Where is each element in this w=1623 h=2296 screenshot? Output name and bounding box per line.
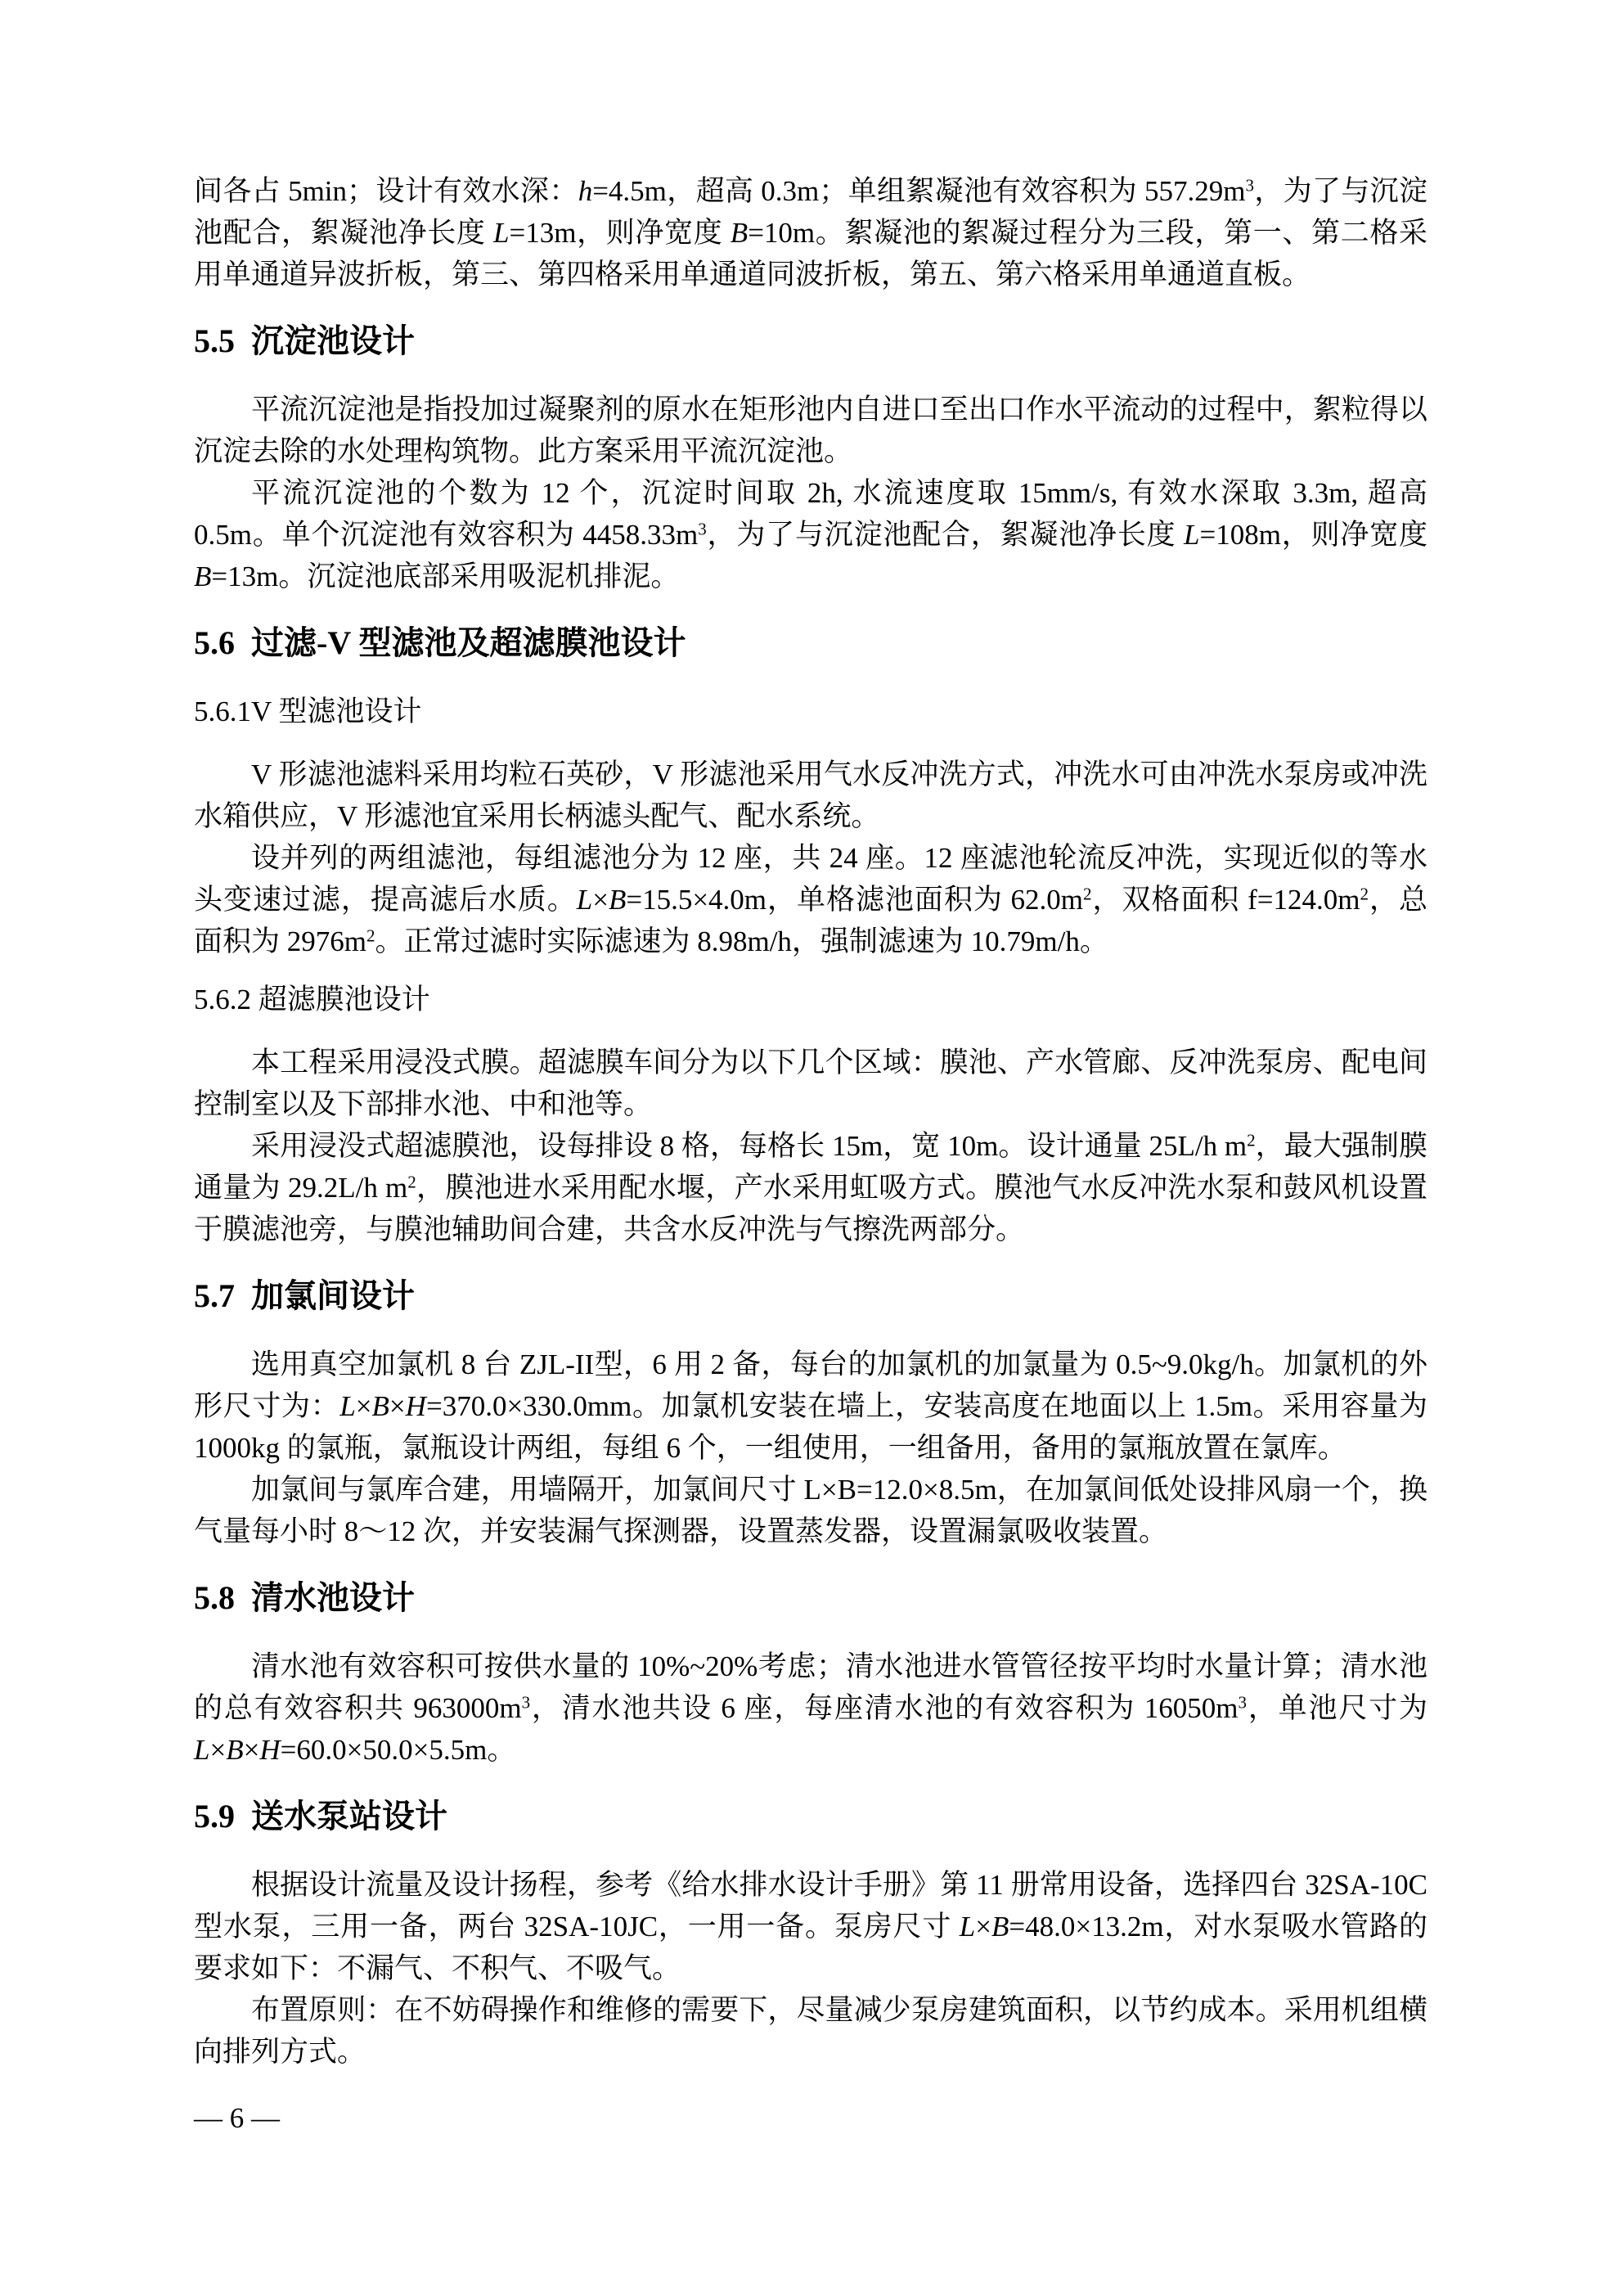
text-run: =108m，则净宽度 xyxy=(1200,519,1428,551)
text-run: × xyxy=(356,1390,372,1422)
variable: B xyxy=(226,1734,243,1766)
text-run: =15.5×4.0m，单格滤池面积为 62.0m xyxy=(626,884,1083,916)
variable: L xyxy=(1184,519,1199,551)
paragraph: 本工程采用浸没式膜。超滤膜车间分为以下几个区域：膜池、产水管廊、反冲洗泵房、配电… xyxy=(194,1042,1427,1125)
subsection-heading-5-6-1: 5.6.1V 型滤池设计 xyxy=(194,691,1427,732)
text-run: × xyxy=(244,1734,260,1766)
section-heading-5-7: 5.7 加氯间设计 xyxy=(194,1273,1427,1319)
superscript: 2 xyxy=(1083,884,1092,903)
superscript: 2 xyxy=(1247,1130,1256,1150)
text-run: 本工程采用浸没式膜。超滤膜车间分为以下几个区域：膜池、产水管廊、反冲洗泵房、配电… xyxy=(194,1047,1427,1120)
section-heading-5-9: 5.9 送水泵站设计 xyxy=(194,1794,1427,1839)
paragraph: 选用真空加氯机 8 台 ZJL-II型，6 用 2 备，每台的加氯机的加氯量为 … xyxy=(194,1344,1427,1469)
paragraph-continued: 间各占 5min；设计有效水深：h=4.5m，超高 0.3m；单组絮凝池有效容积… xyxy=(194,170,1427,295)
superscript: 3 xyxy=(698,519,707,538)
paragraph: 平流沉淀池的个数为 12 个，沉淀时间取 2h, 水流速度取 15mm/s, 有… xyxy=(194,472,1427,597)
variable: B xyxy=(609,884,626,916)
superscript: 3 xyxy=(1246,175,1255,195)
document-page: 间各占 5min；设计有效水深：h=4.5m，超高 0.3m；单组絮凝池有效容积… xyxy=(0,0,1623,2296)
text-run: 间各占 5min；设计有效水深： xyxy=(194,175,578,207)
paragraph: 加氯间与氯库合建，用墙隔开，加氯间尺寸 L×B=12.0×8.5m，在加氯间低处… xyxy=(194,1469,1427,1552)
superscript: 2 xyxy=(407,1172,416,1191)
page-content: 间各占 5min；设计有效水深：h=4.5m，超高 0.3m；单组絮凝池有效容积… xyxy=(194,170,1427,2139)
section-heading-5-6: 5.6 过滤-V 型滤池及超滤膜池设计 xyxy=(194,620,1427,666)
text-run: ，为了与沉淀池配合，絮凝池净长度 xyxy=(707,519,1184,551)
paragraph: 设并列的两组滤池，每组滤池分为 12 座，共 24 座。12 座滤池轮流反冲洗，… xyxy=(194,837,1427,962)
text-run: =13m。沉淀池底部采用吸泥机排泥。 xyxy=(211,560,679,592)
text-run: 平流沉淀池是指投加过凝聚剂的原水在矩形池内自进口至出口作水平流动的过程中，絮粒得… xyxy=(194,394,1427,467)
paragraph: 布置原则：在不妨碍操作和维修的需要下，尽量减少泵房建筑面积，以节约成本。采用机组… xyxy=(194,1989,1427,2073)
subsection-heading-5-6-2: 5.6.2 超滤膜池设计 xyxy=(194,979,1427,1020)
text-run: ，单池尺寸为 xyxy=(1247,1692,1427,1724)
text-run: 。正常过滤时实际滤速为 8.98m/h，强制滤速为 10.79m/h。 xyxy=(375,925,1108,957)
superscript: 2 xyxy=(366,925,375,945)
text-run: 加氯间与氯库合建，用墙隔开，加氯间尺寸 L×B=12.0×8.5m，在加氯间低处… xyxy=(194,1474,1427,1547)
paragraph: V 形滤池滤料采用均粒石英砂，V 形滤池采用气水反冲洗方式，冲洗水可由冲洗水泵房… xyxy=(194,754,1427,837)
text-run: × xyxy=(592,884,609,916)
variable: h xyxy=(578,175,593,207)
superscript: 3 xyxy=(522,1692,531,1712)
text-run: ，清水池共设 6 座，每座清水池的有效容积为 16050m xyxy=(530,1692,1238,1724)
variable: B xyxy=(991,1911,1009,1943)
text-run: V 形滤池滤料采用均粒石英砂，V 形滤池采用气水反冲洗方式，冲洗水可由冲洗水泵房… xyxy=(194,759,1427,832)
page-number: — 6 — xyxy=(194,2102,280,2134)
text-run: × xyxy=(389,1390,406,1422)
variable: B xyxy=(731,217,748,249)
variable: L xyxy=(577,884,592,916)
superscript: 3 xyxy=(1239,1692,1248,1712)
text-run: × xyxy=(975,1911,991,1943)
text-run: =13m，则净宽度 xyxy=(509,217,730,249)
section-heading-5-8: 5.8 清水池设计 xyxy=(194,1575,1427,1621)
text-run: × xyxy=(209,1734,226,1766)
paragraph: 采用浸没式超滤膜池，设每排设 8 格，每格长 15m，宽 10m。设计通量 25… xyxy=(194,1125,1427,1250)
variable: H xyxy=(259,1734,280,1766)
variable: L xyxy=(194,1734,209,1766)
text-run: =60.0×50.0×5.5m。 xyxy=(281,1734,516,1766)
variable: L xyxy=(960,1911,975,1943)
section-heading-5-5: 5.5 沉淀池设计 xyxy=(194,318,1427,364)
variable: H xyxy=(406,1390,426,1422)
text-run: 采用浸没式超滤膜池，设每排设 8 格，每格长 15m，宽 10m。设计通量 25… xyxy=(251,1130,1247,1162)
text-run: 布置原则：在不妨碍操作和维修的需要下，尽量减少泵房建筑面积，以节约成本。采用机组… xyxy=(194,1994,1427,2068)
paragraph: 平流沉淀池是指投加过凝聚剂的原水在矩形池内自进口至出口作水平流动的过程中，絮粒得… xyxy=(194,389,1427,472)
page-footer: — 6 — xyxy=(194,2097,1427,2139)
text-run: ，双格面积 f=124.0m xyxy=(1092,884,1360,916)
paragraph: 根据设计流量及设计扬程，参考《给水排水设计手册》第 11 册常用设备，选择四台 … xyxy=(194,1864,1427,1989)
variable: B xyxy=(372,1390,389,1422)
superscript: 2 xyxy=(1360,884,1369,903)
variable: L xyxy=(339,1390,355,1422)
text-run: =4.5m，超高 0.3m；单组絮凝池有效容积为 557.29m xyxy=(592,175,1245,207)
variable: B xyxy=(194,560,211,592)
paragraph: 清水池有效容积可按供水量的 10%~20%考虑；清水池进水管管径按平均时水量计算… xyxy=(194,1645,1427,1771)
variable: L xyxy=(493,217,509,249)
